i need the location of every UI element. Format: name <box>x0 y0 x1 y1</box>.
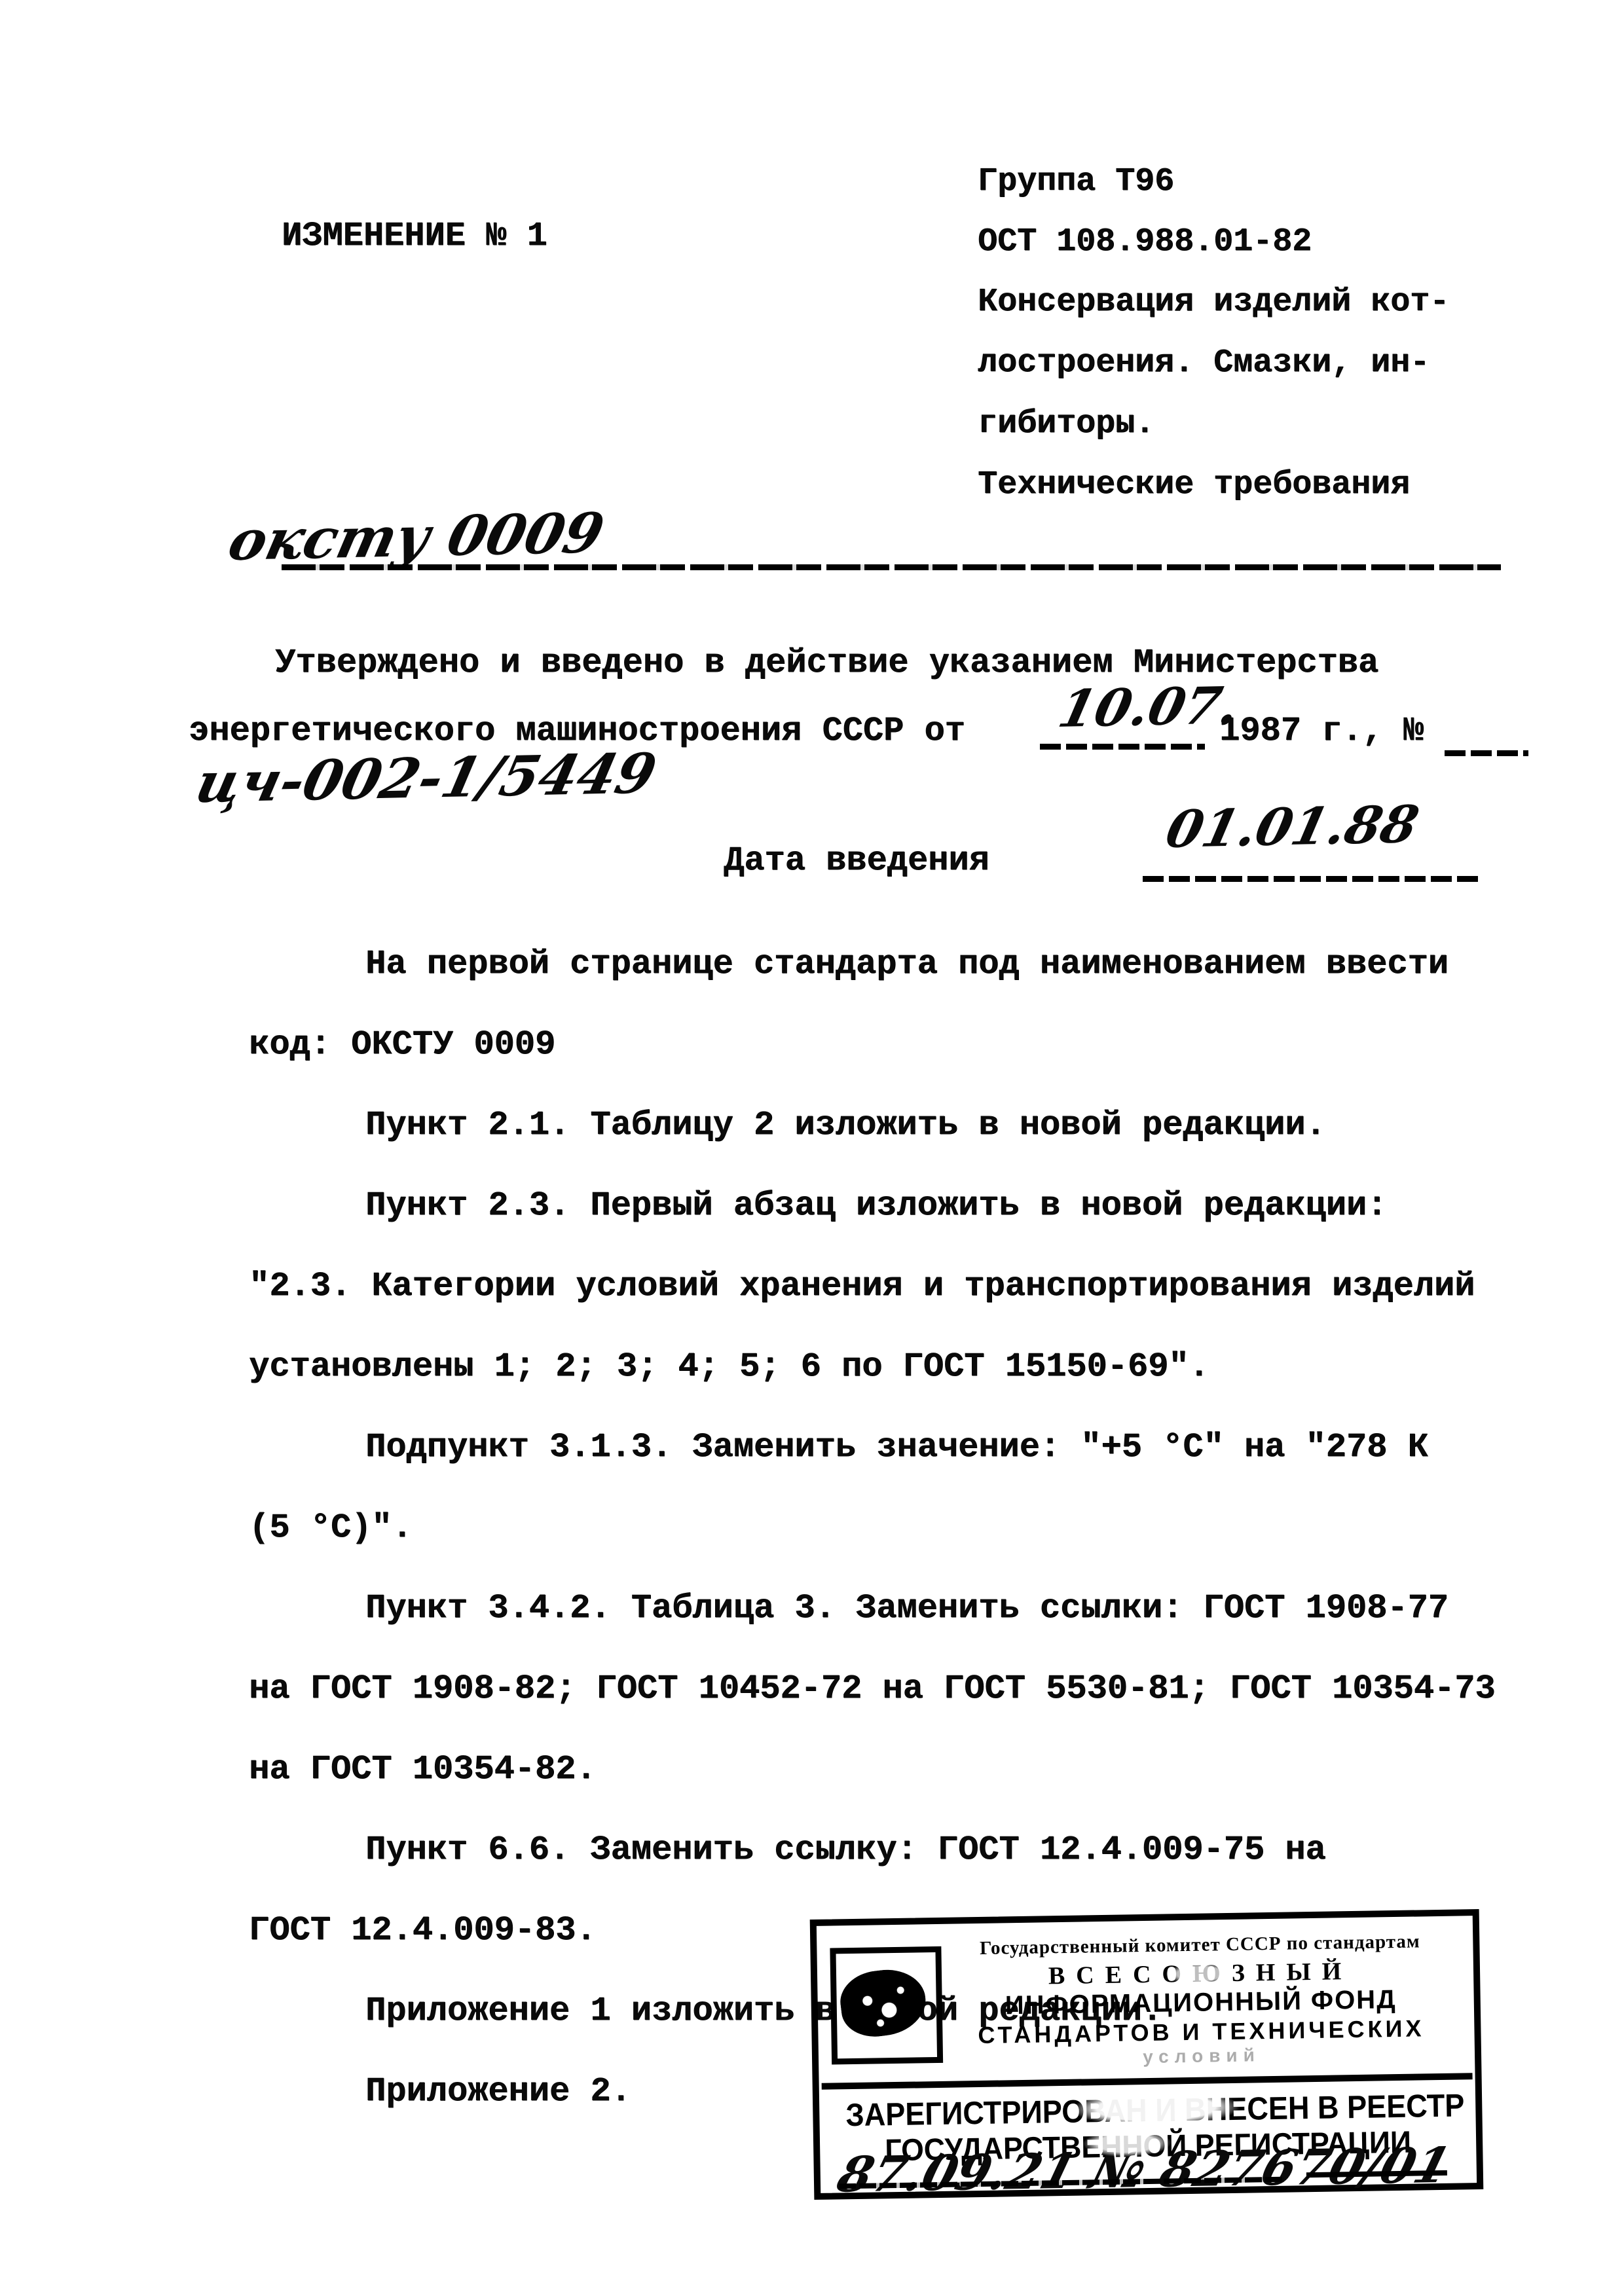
approval-number-blank-rule <box>1445 750 1528 756</box>
standard-title-line: лостроения. Смазки, ин- <box>978 345 1430 381</box>
okstu-code-handwriting: ОКСТУ 0009 <box>223 500 610 573</box>
body-line: Подпункт 3.1.3. Заменить значение: "+5 °… <box>365 1429 1428 1466</box>
approval-number-handwriting: ЦЧ-002-1/5449 <box>190 740 663 815</box>
approval-line-2-suffix: 1987 г., № <box>1219 712 1424 750</box>
document-page: ИЗМЕНЕНИЕ № 1 Группа Т96 ОСТ 108.988.01-… <box>0 0 1624 2296</box>
approval-date-underline <box>1040 744 1205 750</box>
stamp-emblem-box <box>830 1946 943 2065</box>
stamp-emblem-icon <box>837 1965 929 2041</box>
body-line: Пункт 3.4.2. Таблица 3. Заменить ссылки:… <box>365 1590 1449 1627</box>
standard-title-line: Технические требования <box>978 467 1410 503</box>
stamp-registration-entry-handwriting: 87.09.21 № 827670/01 <box>832 2138 1457 2204</box>
body-line: (5 °С)". <box>249 1509 413 1546</box>
registration-stamp: Государственный комитет СССР по стандарт… <box>810 1909 1484 2200</box>
body-line: код: ОКСТУ 0009 <box>249 1026 555 1063</box>
body-line: Пункт 2.3. Первый абзац изложить в новой… <box>365 1187 1387 1224</box>
body-line: на ГОСТ 1908-82; ГОСТ 10452-72 на ГОСТ 5… <box>249 1670 1496 1707</box>
body-line: Пункт 6.6. Заменить ссылку: ГОСТ 12.4.00… <box>365 1831 1326 1868</box>
intro-date-label: Дата введения <box>724 842 989 879</box>
intro-date-underline <box>1143 876 1482 882</box>
body-line: Приложение 2. <box>365 2073 631 2110</box>
body-line: ГОСТ 12.4.009-83. <box>249 1912 597 1949</box>
approval-date-handwriting: 10.07. <box>1053 676 1246 739</box>
body-line: Пункт 2.1. Таблицу 2 изложить в новой ре… <box>365 1106 1326 1144</box>
body-line: На первой странице стандарта под наимено… <box>365 945 1449 983</box>
stamp-committee-line: Государственный комитет СССР по стандарт… <box>941 1930 1458 1959</box>
standard-title-line: Консервация изделий кот- <box>978 284 1449 320</box>
intro-date-handwriting: 01.01.88 <box>1160 795 1424 860</box>
change-number-label: ИЗМЕНЕНИЕ № 1 <box>282 217 547 255</box>
stamp-divider-line <box>822 2073 1473 2090</box>
group-label: Группа Т96 <box>978 164 1174 200</box>
standard-number: ОСТ 108.988.01-82 <box>978 224 1312 260</box>
okstu-underline-rule <box>282 564 1501 570</box>
body-line: "2.3. Категории условий хранения и транс… <box>249 1267 1475 1305</box>
standard-title-line: гибиторы. <box>978 406 1154 442</box>
body-line: на ГОСТ 10354-82. <box>249 1751 597 1788</box>
body-line: установлены 1; 2; 3; 4; 5; 6 по ГОСТ 151… <box>249 1348 1209 1385</box>
